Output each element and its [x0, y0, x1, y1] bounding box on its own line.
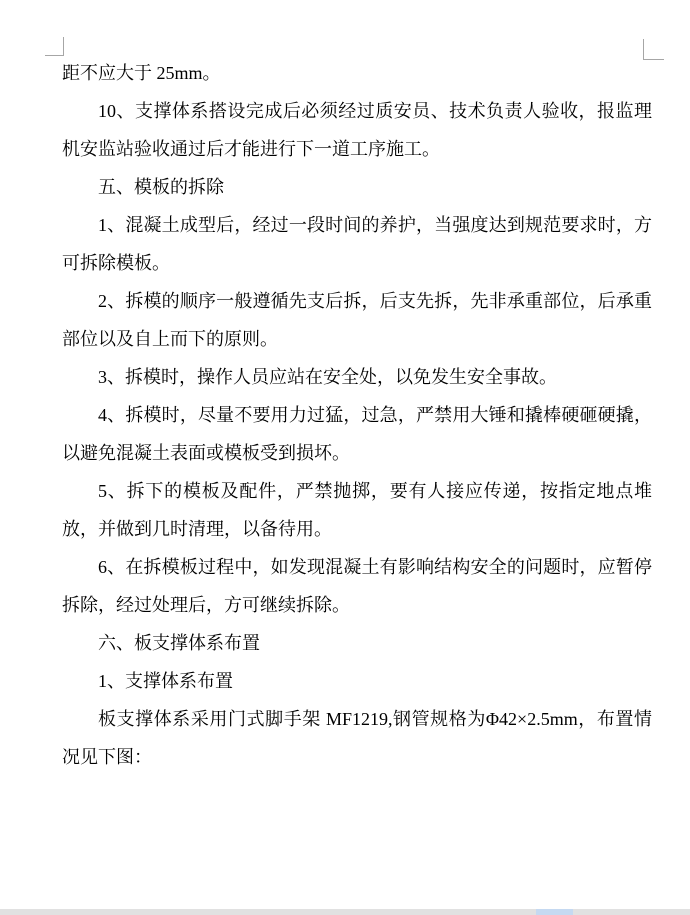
paragraph: 6、在拆模板过程中，如发现混凝土有影响结构安全的问题时，应暂停拆除，经过处理后，…: [62, 548, 652, 624]
paragraph-continuation: 距不应大于 25mm。: [62, 54, 652, 92]
paragraph: 4、拆模时，尽量不要用力过猛，过急，严禁用大锤和撬棒硬砸硬撬，以避免混凝土表面或…: [62, 396, 652, 472]
paragraph: 2、拆模的顺序一般遵循先支后拆，后支先拆，先非承重部位，后承重部位以及自上而下的…: [62, 282, 652, 358]
document-window: { "page": { "background": "#ffffff", "ma…: [0, 0, 690, 915]
paragraph: 5、拆下的模板及配件，严禁抛掷，要有人接应传递，按指定地点堆放，并做到几时清理，…: [62, 472, 652, 548]
subsection-heading: 1、支撑体系布置: [62, 662, 652, 700]
horizontal-scrollbar[interactable]: [0, 909, 690, 915]
paragraph: 板支撑体系采用门式脚手架 MF1219,钢管规格为Φ42×2.5mm，布置情况见…: [62, 700, 652, 776]
section-heading: 六、板支撑体系布置: [62, 624, 652, 662]
paragraph: 3、拆模时，操作人员应站在安全处，以免发生安全事故。: [62, 358, 652, 396]
horizontal-scrollbar-thumb[interactable]: [536, 909, 573, 915]
document-page[interactable]: 距不应大于 25mm。 10、支撑体系搭设完成后必须经过质安员、技术负责人验收，…: [62, 54, 652, 776]
paragraph: 10、支撑体系搭设完成后必须经过质安员、技术负责人验收，报监理机安监站验收通过后…: [62, 92, 652, 168]
section-heading: 五、模板的拆除: [62, 168, 652, 206]
paragraph: 1、混凝土成型后，经过一段时间的养护，当强度达到规范要求时，方可拆除模板。: [62, 206, 652, 282]
